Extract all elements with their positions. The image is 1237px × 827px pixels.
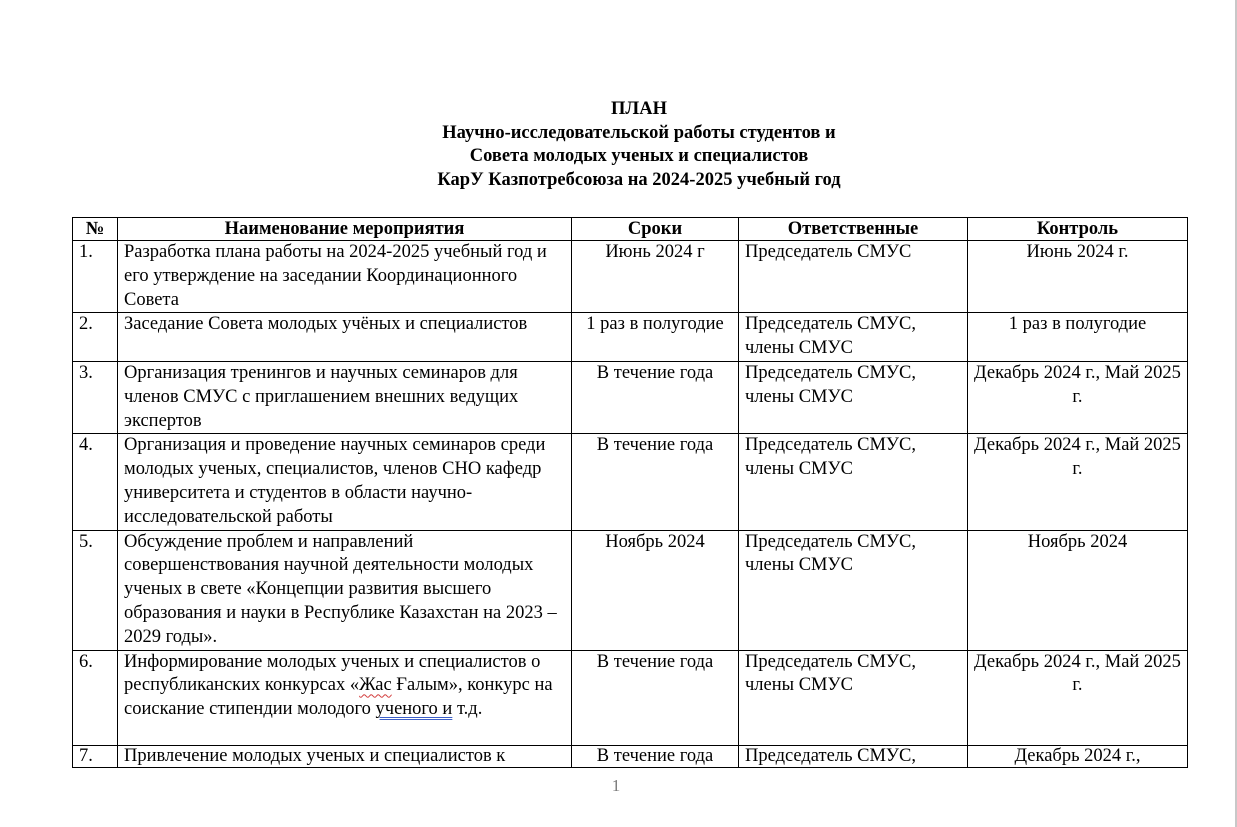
event-name-text: т.д. bbox=[452, 699, 482, 719]
title-line-council: Совета молодых ученых и специалистов bbox=[330, 145, 948, 169]
title-line-subject: Научно-исследовательской работы студенто… bbox=[330, 122, 948, 146]
title-line-university-year: КарУ Казпотребсоюза на 2024-2025 учебный… bbox=[330, 169, 948, 193]
table-row: 6. Информирование молодых ученых и специ… bbox=[73, 650, 1188, 745]
row-term: 1 раз в полугодие bbox=[572, 313, 739, 362]
row-term: Ноябрь 2024 bbox=[572, 530, 739, 650]
row-event-name: Информирование молодых ученых и специали… bbox=[118, 650, 572, 745]
row-number: 2. bbox=[73, 313, 118, 362]
row-control: Декабрь 2024 г., bbox=[968, 745, 1188, 767]
row-event-name: Привлечение молодых ученых и специалисто… bbox=[118, 745, 572, 767]
row-event-name: Организация и проведение научных семинар… bbox=[118, 434, 572, 530]
row-event-name: Обсуждение проблем и направлений соверше… bbox=[118, 530, 572, 650]
header-number: № bbox=[73, 218, 118, 241]
row-term: В течение года bbox=[572, 361, 739, 433]
header-event-name: Наименование мероприятия bbox=[118, 218, 572, 241]
document-page: ПЛАН Научно-исследовательской работы сту… bbox=[0, 0, 1234, 827]
header-control: Контроль bbox=[968, 218, 1188, 241]
header-responsible: Ответственные bbox=[739, 218, 968, 241]
table-row: 4. Организация и проведение научных семи… bbox=[73, 434, 1188, 530]
row-responsible: Председатель СМУС, члены СМУС bbox=[739, 530, 968, 650]
row-responsible: Председатель СМУС, члены СМУС bbox=[739, 313, 968, 362]
grammar-flagged-phrase[interactable]: ученого и bbox=[376, 699, 453, 719]
row-term: В течение года bbox=[572, 650, 739, 745]
row-responsible: Председатель СМУС, bbox=[739, 745, 968, 767]
row-term: В течение года bbox=[572, 745, 739, 767]
table-row: 1. Разработка плана работы на 2024-2025 … bbox=[73, 241, 1188, 313]
table-row: 2. Заседание Совета молодых учёных и спе… bbox=[73, 313, 1188, 362]
document-title: ПЛАН Научно-исследовательской работы сту… bbox=[330, 98, 948, 192]
spellcheck-flagged-word[interactable]: Жас bbox=[359, 675, 392, 695]
row-control: Декабрь 2024 г., Май 2025 г. bbox=[968, 434, 1188, 530]
row-control: Июнь 2024 г. bbox=[968, 241, 1188, 313]
row-responsible: Председатель СМУС, члены СМУС bbox=[739, 361, 968, 433]
row-responsible: Председатель СМУС, члены СМУС bbox=[739, 650, 968, 745]
row-number: 1. bbox=[73, 241, 118, 313]
row-event-name: Разработка плана работы на 2024-2025 уче… bbox=[118, 241, 572, 313]
row-control: 1 раз в полугодие bbox=[968, 313, 1188, 362]
table-row: 7. Привлечение молодых ученых и специали… bbox=[73, 745, 1188, 767]
row-event-name: Организация тренингов и научных семинаро… bbox=[118, 361, 572, 433]
row-event-name: Заседание Совета молодых учёных и специа… bbox=[118, 313, 572, 362]
plan-table: № Наименование мероприятия Сроки Ответст… bbox=[72, 217, 1188, 768]
table-row: 3. Организация тренингов и научных семин… bbox=[73, 361, 1188, 433]
page-number: 1 bbox=[606, 776, 626, 796]
header-term: Сроки bbox=[572, 218, 739, 241]
title-line-plan: ПЛАН bbox=[330, 98, 948, 122]
row-control: Ноябрь 2024 bbox=[968, 530, 1188, 650]
row-number: 6. bbox=[73, 650, 118, 745]
row-control: Декабрь 2024 г., Май 2025 г. bbox=[968, 361, 1188, 433]
row-term: Июнь 2024 г bbox=[572, 241, 739, 313]
row-number: 4. bbox=[73, 434, 118, 530]
row-responsible: Председатель СМУС bbox=[739, 241, 968, 313]
row-term: В течение года bbox=[572, 434, 739, 530]
table-row: 5. Обсуждение проблем и направлений сове… bbox=[73, 530, 1188, 650]
row-number: 5. bbox=[73, 530, 118, 650]
table-header-row: № Наименование мероприятия Сроки Ответст… bbox=[73, 218, 1188, 241]
row-control: Декабрь 2024 г., Май 2025 г. bbox=[968, 650, 1188, 745]
row-responsible: Председатель СМУС, члены СМУС bbox=[739, 434, 968, 530]
row-number: 3. bbox=[73, 361, 118, 433]
row-number: 7. bbox=[73, 745, 118, 767]
